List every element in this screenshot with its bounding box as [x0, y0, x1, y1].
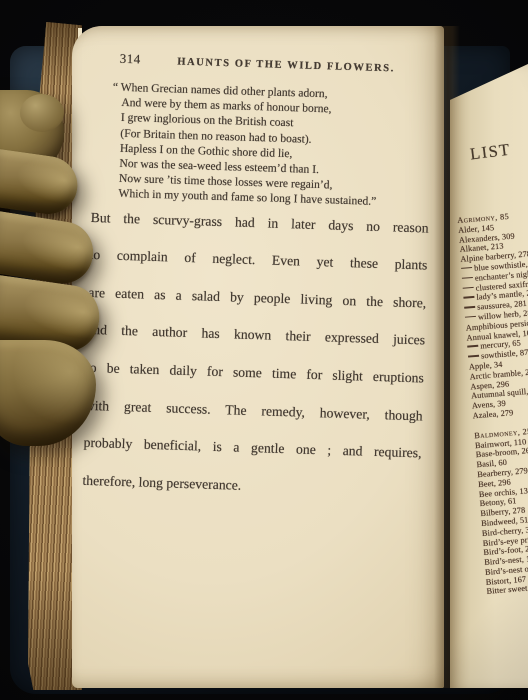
poem-quote: “ When Grecian names did other plants ad…: [109, 80, 435, 212]
bronze-hand-sculpture: [0, 90, 110, 448]
hand-finger-1: [0, 148, 81, 218]
body-paragraph: But the scurvy-grass had in later days n…: [82, 209, 429, 501]
book-photo-scene: 314 HAUNTS OF THE WILD FLOWERS. “ When G…: [0, 0, 528, 700]
hand-fist-base: [0, 340, 96, 446]
index-list: Agrimony, 85Alder, 145Alexanders, 309Alk…: [457, 207, 528, 597]
right-page-content: LIST Agrimony, 85Alder, 145Alexanders, 3…: [450, 64, 528, 688]
hand-knuckle-bump: [20, 94, 64, 132]
running-title: HAUNTS OF THE WILD FLOWERS.: [141, 55, 436, 75]
left-page-content: 314 HAUNTS OF THE WILD FLOWERS. “ When G…: [82, 50, 436, 501]
index-heading: LIST: [469, 140, 512, 165]
page-number: 314: [119, 51, 140, 68]
